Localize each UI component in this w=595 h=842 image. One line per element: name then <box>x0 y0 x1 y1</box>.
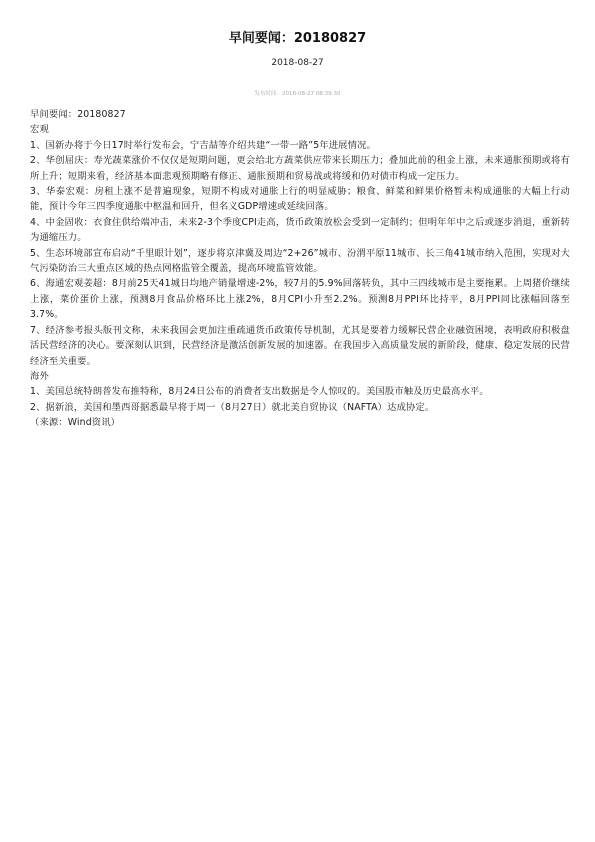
list-item: 7、经济参考报头版刊文称，未来我国会更加注重疏通货币政策传导机制，尤其是要着力缓… <box>30 323 570 369</box>
article-date: 2018-08-27 <box>0 58 595 68</box>
list-item: 1、美国总统特朗普发布推特称，8月24日公布的消费者支出数据是令人惊叹的。美国股… <box>30 384 570 399</box>
section-title-macro: 宏观 <box>30 122 570 137</box>
list-item: 4、中金固收：衣食住供给端冲击，未来2-3个季度CPI走高，货币政策放松会受到一… <box>30 215 570 246</box>
publish-time-label: 发布时间： <box>255 91 283 97</box>
list-item: 2、据新浪，美国和墨西哥据悉最早将于周一（8月27日）就北美自贸协议（NAFTA… <box>30 400 570 415</box>
list-item: 3、华泰宏观：房租上涨不是普遍现象，短期不构成对通胀上行的明显威胁；粮食、鲜菜和… <box>30 184 570 215</box>
page-title: 早间要闻：20180827 <box>0 27 595 46</box>
list-item: 6、海通宏观姜超：8月前25天41城日均地产销量增速-2%，较7月的5.9%回落… <box>30 276 570 322</box>
list-item: 2、华创屈庆：寿光蔬菜涨价不仅仅是短期问题，更会给北方蔬菜供应带来长期压力；叠加… <box>30 153 570 184</box>
list-item: 1、国新办将于今日17时举行发布会，宁吉喆等介绍共建“一带一路”5年进展情况。 <box>30 138 570 153</box>
publish-time-value: 2018-08-27 08:39:30 <box>282 91 340 97</box>
article-body: 早间要闻：20180827 宏观 1、国新办将于今日17时举行发布会，宁吉喆等介… <box>30 107 570 431</box>
source-note: （来源：Wind资讯） <box>30 415 570 430</box>
section-title-overseas: 海外 <box>30 369 570 384</box>
list-item: 5、生态环境部宣布启动“千里眼计划”，逐步将京津冀及周边“2+26”城市、汾渭平… <box>30 246 570 277</box>
publish-time: 发布时间：2018-08-27 08:39:30 <box>0 89 595 97</box>
article-heading: 早间要闻：20180827 <box>30 107 570 122</box>
